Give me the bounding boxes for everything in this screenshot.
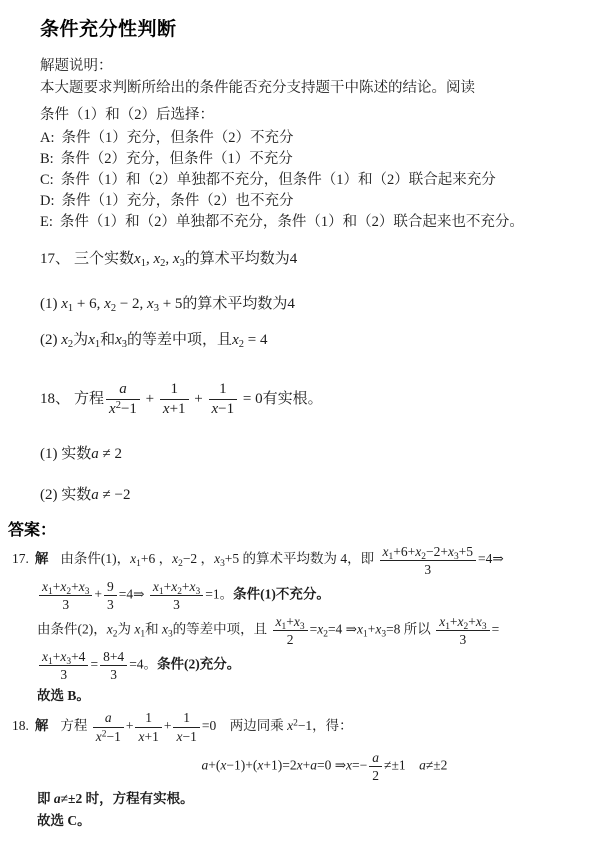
- option-e-text: 条件（1）和（2）单独都不充分，条件（1）和（2）联合起来也不充分。: [60, 214, 524, 230]
- option-e: E:条件（1）和（2）单独都不充分，条件（1）和（2）联合起来也不充分。: [40, 212, 597, 233]
- solution-17-number: 17.: [12, 551, 29, 566]
- option-c: C:条件（1）和（2）单独都不充分，但条件（1）和（2）联合起来充分: [40, 170, 597, 191]
- option-a-label: A:: [40, 128, 55, 149]
- question-17-condition-1: (1) x1 + 6, x2 − 2, x3 + 5的算术平均数为4: [40, 292, 597, 313]
- solution-17-line-1-text: 由条件(1)，x1+6 ，x2−2 ，x3+5 的算术平均数为 4，即 x1+6…: [60, 551, 503, 566]
- options-list: A:条件（1）充分，但条件（2）不充分 B:条件（2）充分，但条件（1）不充分 …: [40, 128, 597, 233]
- question-17-condition-2: (2) x2为x1和x3的等差中项，且x2 = 4: [40, 328, 597, 349]
- instructions-body: 本大题要求判断所给出的条件能否充分支持题干中陈述的结论。阅读: [40, 77, 597, 99]
- question-17: 17、三个实数x1, x2, x3的算术平均数为4 (1) x1 + 6, x2…: [40, 247, 597, 349]
- solution-17-jie-label: 解: [35, 551, 49, 566]
- solution-18-line-3: 即 a≠±2 时，方程有实根。: [37, 787, 597, 807]
- solution-18-line-1-text: 方程 ax2−1+1x+1+1x−1=0 两边同乘 x2−1，得：: [60, 718, 352, 733]
- option-c-label: C:: [40, 170, 54, 191]
- solution-17-line-2: x1+x2+x33+93=4⇒ x1+x2+x33=1。条件(1)不充分。: [37, 579, 597, 612]
- option-a: A:条件（1）充分，但条件（2）不充分: [40, 128, 597, 149]
- question-18-number: 18、: [40, 391, 70, 407]
- option-c-text: 条件（1）和（2）单独都不充分，但条件（1）和（2）联合起来充分: [61, 172, 496, 188]
- page-title: 条件充分性判断: [40, 14, 597, 41]
- solution-17-line-1: 17.解由条件(1)，x1+6 ，x2−2 ，x3+5 的算术平均数为 4，即 …: [12, 544, 597, 577]
- question-18: 18、方程ax2−1 + 1x+1 + 1x−1 = 0有实根。 (1) 实数a…: [40, 381, 597, 504]
- option-a-text: 条件（1）充分，但条件（2）不充分: [62, 130, 294, 146]
- solution-18-number: 18.: [12, 718, 29, 733]
- option-d-label: D:: [40, 191, 55, 212]
- solution-17: 17.解由条件(1)，x1+6 ，x2−2 ，x3+5 的算术平均数为 4，即 …: [12, 544, 597, 705]
- solution-18-line-1: 18.解方程 ax2−1+1x+1+1x−1=0 两边同乘 x2−1，得：: [12, 710, 597, 743]
- option-d-text: 条件（1）充分，条件（2）也不充分: [62, 193, 294, 209]
- instructions-label: 解题说明：: [40, 55, 597, 77]
- solution-17-line-3: 由条件(2)，x2为 x1和 x3的等差中项，且 x1+x32=x2=4 ⇒x1…: [37, 614, 597, 647]
- solution-17-conclusion: 故选 B。: [37, 684, 597, 704]
- answers-heading: 答案：: [8, 517, 597, 540]
- question-18-condition-2: (2) 实数a ≠ −2: [40, 483, 597, 504]
- option-b: B:条件（2）充分，但条件（1）不充分: [40, 149, 597, 170]
- instructions-choose: 条件（1）和（2）后选择：: [40, 104, 597, 126]
- solution-17-line-4: x1+x3+43=8+43=4。条件(2)充分。: [37, 649, 597, 682]
- question-area: 条件充分性判断 解题说明： 本大题要求判断所给出的条件能否充分支持题干中陈述的结…: [40, 14, 597, 504]
- solution-18-jie-label: 解: [35, 718, 49, 733]
- question-17-number: 17、: [40, 251, 70, 267]
- answers-section: 答案： 17.解由条件(1)，x1+6 ，x2−2 ，x3+5 的算术平均数为 …: [8, 517, 597, 829]
- option-b-label: B:: [40, 149, 54, 170]
- question-17-stem: 三个实数x1, x2, x3的算术平均数为4: [74, 251, 297, 267]
- option-e-label: E:: [40, 212, 53, 233]
- question-18-condition-1: (1) 实数a ≠ 2: [40, 442, 597, 463]
- question-17-stem-line: 17、三个实数x1, x2, x3的算术平均数为4: [40, 247, 597, 268]
- document-page: 条件充分性判断 解题说明： 本大题要求判断所给出的条件能否充分支持题干中陈述的结…: [0, 0, 605, 846]
- option-b-text: 条件（2）充分，但条件（1）不充分: [61, 151, 293, 167]
- solution-18-conclusion: 故选 C。: [37, 809, 597, 829]
- option-d: D:条件（1）充分，条件（2）也不充分: [40, 191, 597, 212]
- question-18-stem-line: 18、方程ax2−1 + 1x+1 + 1x−1 = 0有实根。: [40, 381, 597, 418]
- solution-18-equation: a+(x−1)+(x+1)=2x+a=0 ⇒x=−a2≠±1 a≠±2: [52, 750, 597, 783]
- question-18-stem: 方程ax2−1 + 1x+1 + 1x−1 = 0有实根。: [74, 391, 323, 407]
- solution-18: 18.解方程 ax2−1+1x+1+1x−1=0 两边同乘 x2−1，得： a+…: [12, 710, 597, 828]
